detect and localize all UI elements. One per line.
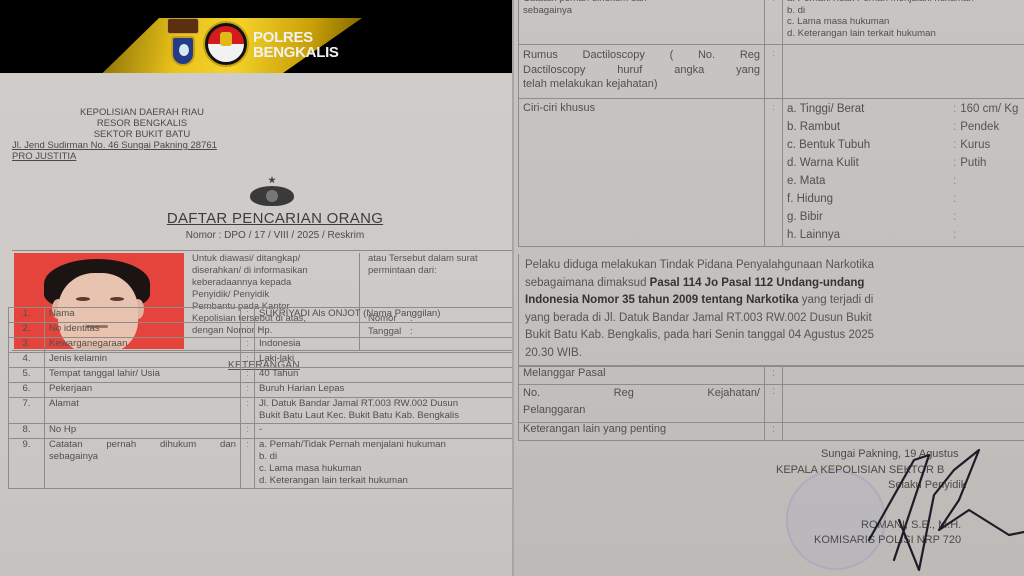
no-reg-label: No. Reg Kejahatan/ Pelanggaran (519, 385, 765, 423)
feature-value (953, 190, 960, 208)
feature-value: Kurus (953, 136, 990, 154)
header-address: Jl. Jend Sudirman No. 46 Sungai Pakning … (12, 140, 272, 151)
colon: : (765, 45, 783, 99)
label-line: sebagainya (49, 451, 236, 463)
table-row: 2.No identitas:- (9, 323, 513, 338)
row-number: 6. (9, 383, 45, 398)
offense-description: Pelaku diduga melakukan Tindak Pidana Pe… (518, 254, 1024, 366)
text: yang terjadi di (799, 294, 874, 306)
feature-value: Pendek (953, 118, 999, 136)
brand-line-2: BENGKALIS (253, 45, 339, 60)
table-row: 1.Nama:SUKRIYADI Als ONJOT (Nama Panggil… (9, 308, 513, 323)
document-title: DAFTAR PENCARIAN ORANG (150, 210, 400, 227)
legal-reference: Indonesia Nomor 35 tahun 2009 tentang Na… (525, 294, 799, 306)
colon: : (241, 323, 255, 338)
value-line: Bukit Batu Laut Kec. Bukit Batu Kab. Ben… (259, 410, 512, 422)
label-line: Rumus Dactiloscopy ( No. Reg (523, 48, 760, 63)
keterangan-lain-value (783, 423, 1024, 441)
feature-label: c. Bentuk Tubuh (787, 136, 953, 154)
row-number: 2. (9, 323, 45, 338)
label-line: telah melakukan kejahatan) (523, 77, 760, 92)
colon: : (765, 423, 783, 441)
value-line: b. di (787, 5, 1024, 17)
police-emblem-icon (246, 176, 298, 206)
feature-label: g. Bibir (787, 208, 953, 226)
row-number: 3. (9, 338, 45, 353)
left-document-page: POLRES BENGKALIS KEPOLISIAN DAERAH RIAU … (0, 0, 512, 576)
colon: : (241, 398, 255, 424)
label-line: Catatan pernah dihukum dan (49, 439, 236, 451)
feature-row: g. Bibir (787, 208, 1024, 226)
criminal-record-value: a. Pernah/Tidak Pernah menjalani hukuman… (783, 0, 1024, 45)
label-line: sebagainya (523, 5, 760, 17)
label-line: Dactiloscopy huruf angka yang (523, 63, 760, 78)
label-line: Pelanggaran (523, 402, 760, 419)
colon: : (765, 367, 783, 385)
melanggar-pasal-value (783, 367, 1024, 385)
pro-justitia: PRO JUSTITIA (12, 151, 272, 162)
description-line: 20.30 WIB. (525, 345, 1024, 363)
row-value: Laki-laki (255, 353, 513, 368)
row-label: Catatan pernah dihukum dansebagainya (45, 439, 241, 489)
brand-line-1: POLRES (253, 30, 339, 45)
feature-value (953, 172, 960, 190)
feature-row: h. Lainnya (787, 226, 1024, 244)
feature-label: a. Tinggi/ Berat (787, 100, 953, 118)
row-number: 9. (9, 439, 45, 489)
dactiloscopy-label: Rumus Dactiloscopy ( No. Reg Dactiloscop… (519, 45, 765, 99)
table-row: Rumus Dactiloscopy ( No. Reg Dactiloscop… (519, 45, 1024, 99)
feature-label: h. Lainnya (787, 226, 953, 244)
instruction-line: diserahkan/ di informasikan (192, 265, 359, 277)
suspect-details-table: 1.Nama:SUKRIYADI Als ONJOT (Nama Panggil… (8, 307, 512, 489)
row-value: - (255, 323, 513, 338)
row-value: Jl. Datuk Bandar Jamal RT.003 RW.002 Dus… (255, 398, 513, 424)
polda-riau-badge-icon (167, 18, 199, 68)
colon: : (241, 308, 255, 323)
feature-row: b. RambutPendek (787, 118, 1024, 136)
description-line: yang berada di Jl. Datuk Bandar Jamal RT… (525, 310, 1024, 328)
feature-row: f. Hidung (787, 190, 1024, 208)
row-number: 1. (9, 308, 45, 323)
header-line-3: SEKTOR BUKIT BATU (12, 129, 272, 140)
feature-row: c. Bentuk TubuhKurus (787, 136, 1024, 154)
table-row: 9.Catatan pernah dihukum dansebagainya:a… (9, 439, 513, 489)
value-line: c. Lama masa hukuman (259, 463, 512, 475)
agency-header: KEPOLISIAN DAERAH RIAU RESOR BENGKALIS S… (12, 107, 272, 162)
row-number: 7. (9, 398, 45, 424)
feature-label: f. Hidung (787, 190, 953, 208)
value-line: d. Keterangan lain terkait hukuman (787, 28, 1024, 40)
colon: : (241, 368, 255, 383)
row-value: SUKRIYADI Als ONJOT (Nama Panggilan) (255, 308, 513, 323)
ciri-khusus-values: a. Tinggi/ Berat160 cm/ Kgb. RambutPende… (783, 99, 1024, 247)
row-label: Jenis kelamin (45, 353, 241, 368)
feature-value: Putih (953, 154, 986, 172)
physical-traits-table: Catatan pernah dihukum dan sebagainya : … (518, 0, 1024, 247)
colon: : (241, 338, 255, 353)
feature-label: b. Rambut (787, 118, 953, 136)
colon: : (241, 424, 255, 439)
polres-banner: POLRES BENGKALIS (0, 0, 512, 73)
row-value: Buruh Harian Lepas (255, 383, 513, 398)
row-label: Nama (45, 308, 241, 323)
row-label: Kewarganegaraan (45, 338, 241, 353)
feature-row: a. Tinggi/ Berat160 cm/ Kg (787, 100, 1024, 118)
row-label: Tempat tanggal lahir/ Usia (45, 368, 241, 383)
request-line: atau Tersebut dalam surat (368, 253, 512, 265)
dactiloscopy-value (783, 45, 1024, 99)
table-row: 3.Kewarganegaraan:Indonesia (9, 338, 513, 353)
colon: : (241, 383, 255, 398)
value-line: b. di (259, 451, 512, 463)
feature-row: e. Mata (787, 172, 1024, 190)
table-row: 7.Alamat:Jl. Datuk Bandar Jamal RT.003 R… (9, 398, 513, 424)
row-value: Indonesia (255, 338, 513, 353)
description-line: Bukit Batu Kab. Bengkalis, pada hari Sen… (525, 327, 1024, 345)
handwritten-signature-icon (859, 440, 1024, 576)
value-line: d. Keterangan lain terkait hukuman (259, 475, 512, 487)
table-row: Melanggar Pasal : (519, 367, 1024, 385)
table-row: Ciri-ciri khusus : a. Tinggi/ Berat160 c… (519, 99, 1024, 247)
value-line: c. Lama masa hukuman (787, 16, 1024, 28)
row-number: 8. (9, 424, 45, 439)
row-label: No Hp (45, 424, 241, 439)
value-line: a. Pernah/Tidak Pernah menjalani hukuman (259, 439, 512, 451)
no-reg-value (783, 385, 1024, 423)
table-row: 4.Jenis kelamin:Laki-laki (9, 353, 513, 368)
feature-label: e. Mata (787, 172, 953, 190)
description-line: Pelaku diduga melakukan Tindak Pidana Pe… (525, 257, 1024, 275)
header-line-1: KEPOLISIAN DAERAH RIAU (12, 107, 272, 118)
value-line: Jl. Datuk Bandar Jamal RT.003 RW.002 Dus… (259, 398, 512, 410)
row-label: Pekerjaan (45, 383, 241, 398)
colon: : (765, 385, 783, 423)
colon: : (241, 439, 255, 489)
criminal-record-label: Catatan pernah dihukum dan sebagainya (519, 0, 765, 45)
melanggar-pasal-label: Melanggar Pasal (519, 367, 765, 385)
feature-label: d. Warna Kulit (787, 154, 953, 172)
ciri-khusus-label: Ciri-ciri khusus (519, 99, 765, 247)
brand-text: POLRES BENGKALIS (253, 30, 339, 60)
instruction-line: Penyidik/ Penyidik (192, 289, 359, 301)
colon: : (765, 0, 783, 45)
description-line: sebagaimana dimaksud Pasal 114 Jo Pasal … (525, 275, 1024, 293)
table-row: Keterangan lain yang penting : (519, 423, 1024, 441)
row-value: - (255, 424, 513, 439)
table-row: 6.Pekerjaan:Buruh Harian Lepas (9, 383, 513, 398)
feature-value (953, 208, 960, 226)
right-document-page: Catatan pernah dihukum dan sebagainya : … (512, 0, 1024, 576)
colon: : (241, 353, 255, 368)
text: sebagaimana dimaksud (525, 277, 650, 289)
instruction-line: Untuk diawasi/ ditangkap/ (192, 253, 359, 265)
polres-emblem-icon (205, 23, 247, 65)
feature-value (953, 226, 960, 244)
offense-reference-table: Melanggar Pasal : No. Reg Kejahatan/ Pel… (518, 366, 1024, 441)
header-line-2: RESOR BENGKALIS (12, 118, 272, 129)
colon: : (765, 99, 783, 247)
feature-value: 160 cm/ Kg (953, 100, 1018, 118)
table-row: No. Reg Kejahatan/ Pelanggaran : (519, 385, 1024, 423)
keterangan-lain-label: Keterangan lain yang penting (519, 423, 765, 441)
row-value: 40 Tahun (255, 368, 513, 383)
request-line: permintaan dari: (368, 265, 512, 277)
row-value: a. Pernah/Tidak Pernah menjalani hukuman… (255, 439, 513, 489)
document-number: Nomor : DPO / 17 / VIII / 2025 / Reskrim (150, 230, 400, 241)
description-line: Indonesia Nomor 35 tahun 2009 tentang Na… (525, 292, 1024, 310)
table-row: 8.No Hp:- (9, 424, 513, 439)
row-label: Alamat (45, 398, 241, 424)
feature-row: d. Warna KulitPutih (787, 154, 1024, 172)
table-row: 5.Tempat tanggal lahir/ Usia:40 Tahun (9, 368, 513, 383)
row-number: 5. (9, 368, 45, 383)
label-line: No. Reg Kejahatan/ (523, 385, 760, 402)
row-label: No identitas (45, 323, 241, 338)
table-row: Catatan pernah dihukum dan sebagainya : … (519, 0, 1024, 45)
instruction-line: keberadaannya kepada (192, 277, 359, 289)
legal-reference: Pasal 114 Jo Pasal 112 Undang-undang (650, 277, 865, 289)
row-number: 4. (9, 353, 45, 368)
